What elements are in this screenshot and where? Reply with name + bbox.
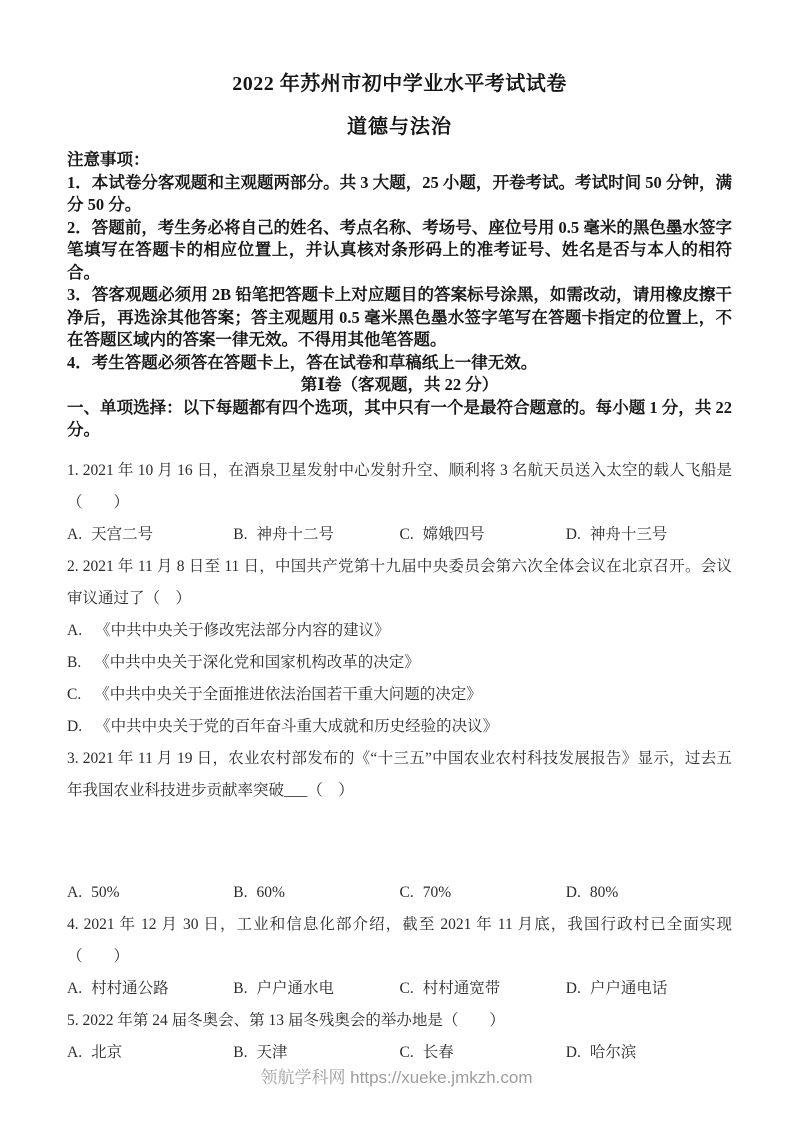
option-label: C. <box>400 1044 414 1061</box>
question-2-option-b: B.《中共中央关于深化党和国家机构改革的决定》 <box>67 647 732 679</box>
option-text: 天津 <box>256 1044 287 1061</box>
exam-paper-page: 2022 年苏州市初中学业水平考试试卷 道德与法治 注意事项： 1．本试卷分客观… <box>0 0 793 1122</box>
option-text: 天宫二号 <box>91 526 153 543</box>
question-2-option-a: A.《中共中央关于修改宪法部分内容的建议》 <box>67 615 732 647</box>
option-label: C. <box>400 884 414 901</box>
question-2-stem: 2. 2021 年 11 月 8 日至 11 日，中国共产党第十九届中央委员会第… <box>67 551 732 615</box>
question-4: 4. 2021 年 12 月 30 日，工业和信息化部介绍，截至 2021 年 … <box>67 909 732 1005</box>
option-label: B. <box>233 1044 247 1061</box>
option-text: 神舟十二号 <box>256 526 334 543</box>
option-label: D. <box>566 884 581 901</box>
question-3-option-b: B.60% <box>233 877 399 909</box>
option-label: B. <box>233 526 247 543</box>
option-label: C. <box>400 526 414 543</box>
question-4-option-b: B.户户通水电 <box>233 973 399 1005</box>
option-label: A. <box>67 980 82 997</box>
notice-item-3: 3．答客观题必须用 2B 铅笔把答题卡上对应题目的答案标号涂黑，如需改动，请用橡… <box>67 284 732 352</box>
option-text: 户户通水电 <box>256 980 334 997</box>
question-4-options: A.村村通公路 B.户户通水电 C.村村通宽带 D.户户通电话 <box>67 973 732 1005</box>
question-3-stem: 3. 2021 年 11 月 19 日，农业农村部发布的《“十三五”中国农业农村… <box>67 743 732 807</box>
question-4-option-c: C.村村通宽带 <box>400 973 566 1005</box>
option-text: 户户通电话 <box>590 980 668 997</box>
question-5-option-c: C.长春 <box>400 1037 566 1069</box>
question-3-option-c: C.70% <box>400 877 566 909</box>
option-text: 哈尔滨 <box>590 1044 637 1061</box>
option-text: 《中共中央关于深化党和国家机构改革的决定》 <box>94 654 420 671</box>
question-1-stem: 1. 2021 年 10 月 16 日，在酒泉卫星发射中心发射升空、顺利将 3 … <box>67 455 732 519</box>
option-label: B. <box>233 980 247 997</box>
question-3: 3. 2021 年 11 月 19 日，农业农村部发布的《“十三五”中国农业农村… <box>67 743 732 909</box>
question-1-option-b: B.神舟十二号 <box>233 519 399 551</box>
option-label: C. <box>67 686 81 703</box>
option-text: 神舟十三号 <box>590 526 668 543</box>
option-label: A. <box>67 622 82 639</box>
subject-title: 道德与法治 <box>67 114 732 140</box>
question-1-option-a: A.天宫二号 <box>67 519 233 551</box>
question-4-option-a: A.村村通公路 <box>67 973 233 1005</box>
notice-heading: 注意事项： <box>67 149 732 172</box>
option-text: 80% <box>590 884 618 901</box>
option-text: 《中共中央关于修改宪法部分内容的建议》 <box>95 622 390 639</box>
option-text: 60% <box>256 884 284 901</box>
question-3-options: A.50% B.60% C.70% D.80% <box>67 877 732 909</box>
question-4-option-d: D.户户通电话 <box>566 973 732 1005</box>
part-heading: 第Ⅰ卷（客观题，共 22 分） <box>67 374 732 397</box>
question-2-option-d: D.《中共中央关于党的百年奋斗重大成就和历史经验的决议》 <box>67 711 732 743</box>
page-title: 2022 年苏州市初中学业水平考试试卷 <box>67 70 732 98</box>
option-text: 村村通宽带 <box>423 980 501 997</box>
question-3-option-a: A.50% <box>67 877 233 909</box>
question-2-options: A.《中共中央关于修改宪法部分内容的建议》 B.《中共中央关于深化党和国家机构改… <box>67 615 732 743</box>
question-2-option-c: C.《中共中央关于全面推进依法治国若干重大问题的决定》 <box>67 679 732 711</box>
question-5: 5. 2022 年第 24 届冬奥会、第 13 届冬残奥会的举办地是（ ） A.… <box>67 1005 732 1069</box>
site-watermark: 领航学科网 https://xueke.jmkzh.com <box>0 1068 793 1088</box>
question-5-option-d: D.哈尔滨 <box>566 1037 732 1069</box>
option-label: A. <box>67 884 82 901</box>
notice-section: 注意事项： 1．本试卷分客观题和主观题两部分。共 3 大题，25 小题，开卷考试… <box>67 149 732 374</box>
notice-item-2: 2．答题前，考生务必将自己的姓名、考点名称、考场号、座位号用 0.5 毫米的黑色… <box>67 217 732 285</box>
question-1-options: A.天宫二号 B.神舟十二号 C.嫦娥四号 D.神舟十三号 <box>67 519 732 551</box>
option-label: A. <box>67 1044 82 1061</box>
option-text: 70% <box>423 884 451 901</box>
question-4-stem: 4. 2021 年 12 月 30 日，工业和信息化部介绍，截至 2021 年 … <box>67 909 732 973</box>
option-text: 长春 <box>423 1044 454 1061</box>
option-label: D. <box>566 1044 581 1061</box>
option-label: C. <box>400 980 414 997</box>
option-label: D. <box>566 980 581 997</box>
question-1-option-c: C.嫦娥四号 <box>400 519 566 551</box>
question-1: 1. 2021 年 10 月 16 日，在酒泉卫星发射中心发射升空、顺利将 3 … <box>67 455 732 551</box>
option-label: D. <box>566 526 581 543</box>
question-5-stem: 5. 2022 年第 24 届冬奥会、第 13 届冬残奥会的举办地是（ ） <box>67 1005 732 1037</box>
notice-item-1: 1．本试卷分客观题和主观题两部分。共 3 大题，25 小题，开卷考试。考试时间 … <box>67 172 732 217</box>
question-5-options: A.北京 B.天津 C.长春 D.哈尔滨 <box>67 1037 732 1069</box>
option-text: 《中共中央关于党的百年奋斗重大成就和历史经验的决议》 <box>95 718 498 735</box>
option-label: D. <box>67 718 82 735</box>
section-intro: 一、单项选择：以下每题都有四个选项，其中只有一个是最符合题意的。每小题 1 分，… <box>67 397 732 442</box>
option-label: B. <box>233 884 247 901</box>
option-text: 北京 <box>91 1044 122 1061</box>
option-text: 《中共中央关于全面推进依法治国若干重大问题的决定》 <box>94 686 482 703</box>
question-3-option-d: D.80% <box>566 877 732 909</box>
question-5-option-b: B.天津 <box>233 1037 399 1069</box>
option-label: B. <box>67 654 81 671</box>
option-text: 嫦娥四号 <box>423 526 485 543</box>
question-list: 1. 2021 年 10 月 16 日，在酒泉卫星发射中心发射升空、顺利将 3 … <box>67 455 732 1069</box>
notice-item-4: 4．考生答题必须答在答题卡上，答在试卷和草稿纸上一律无效。 <box>67 352 732 375</box>
question-5-option-a: A.北京 <box>67 1037 233 1069</box>
removed-figure-gap <box>67 807 732 877</box>
question-2: 2. 2021 年 11 月 8 日至 11 日，中国共产党第十九届中央委员会第… <box>67 551 732 743</box>
question-1-option-d: D.神舟十三号 <box>566 519 732 551</box>
option-text: 50% <box>91 884 119 901</box>
option-text: 村村通公路 <box>91 980 169 997</box>
option-label: A. <box>67 526 82 543</box>
